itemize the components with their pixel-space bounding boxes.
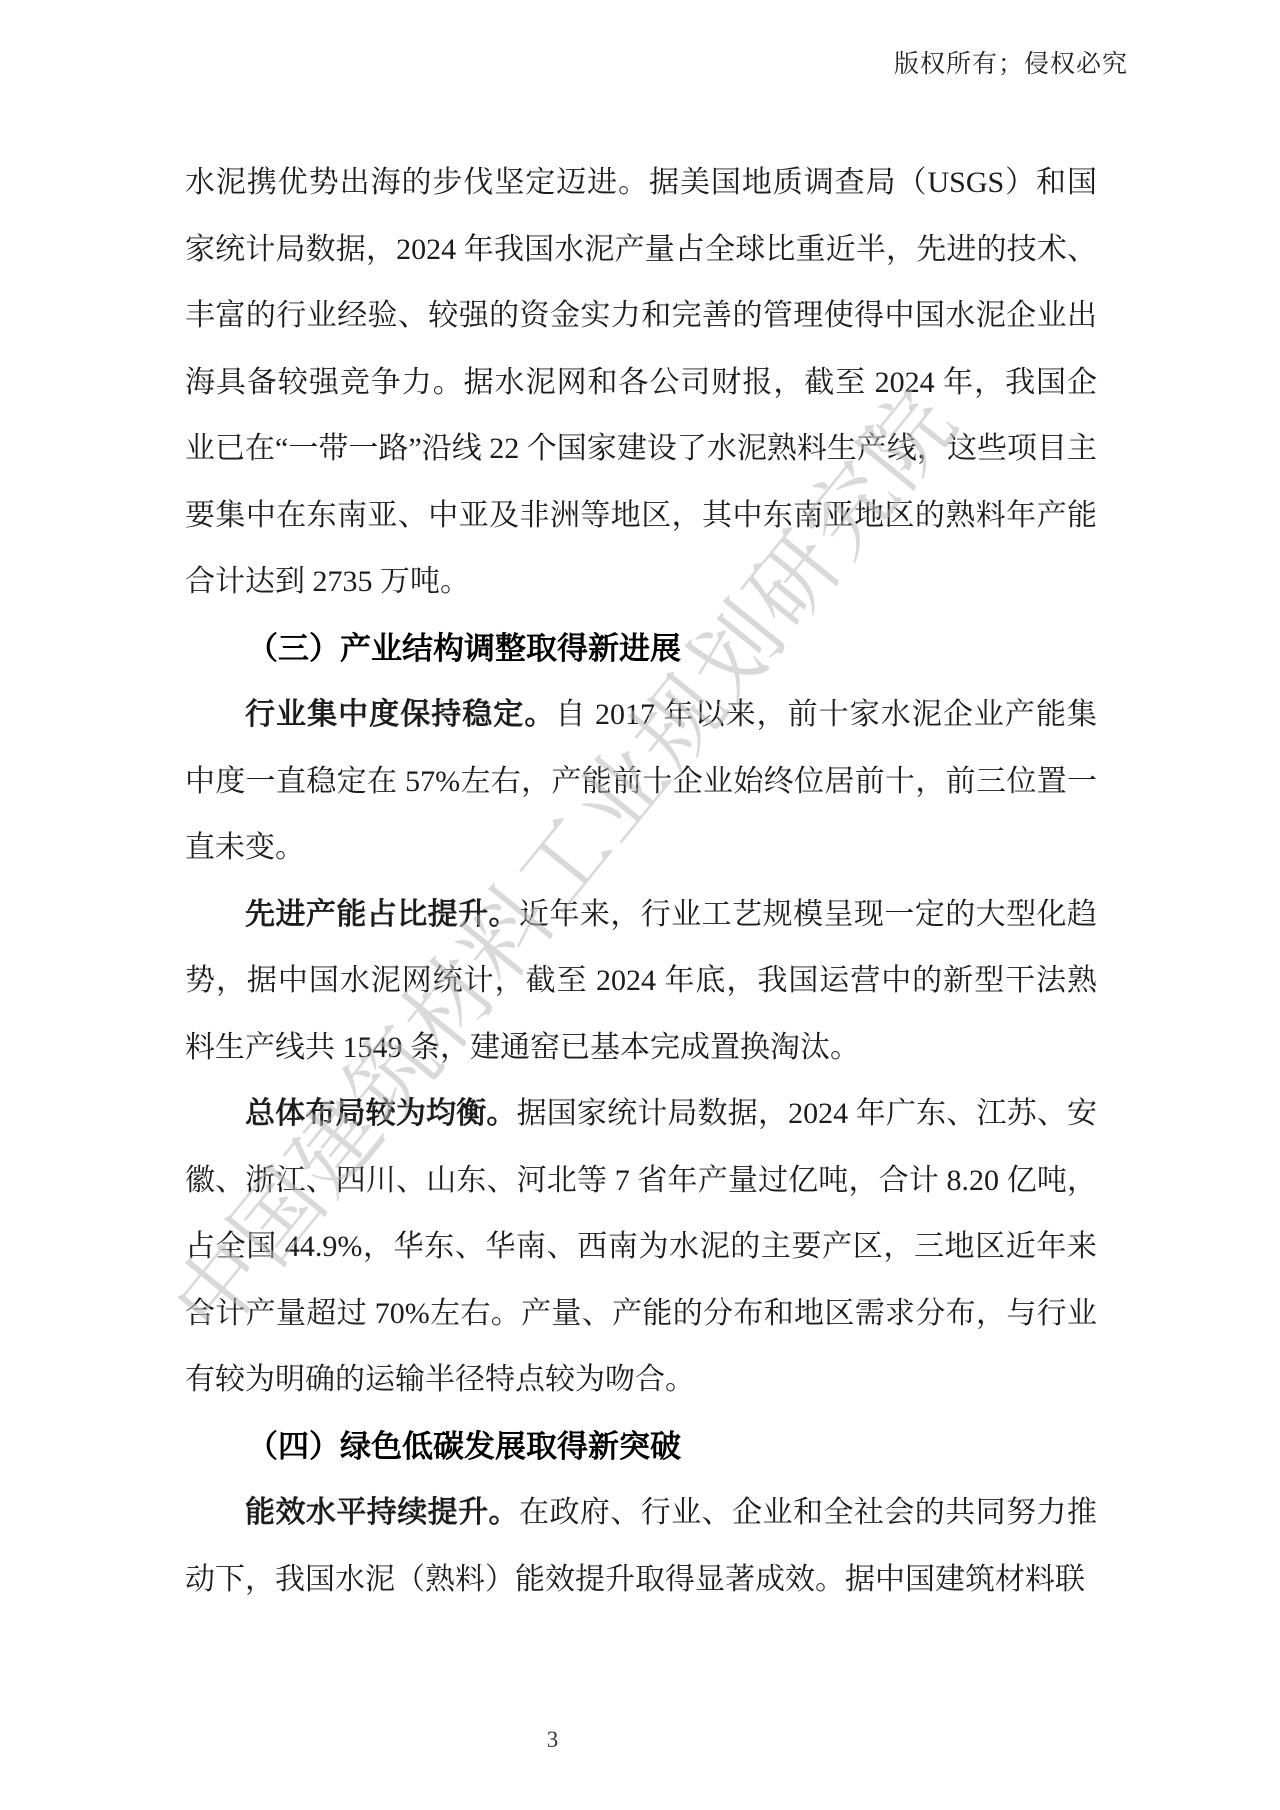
paragraph-lead: 能效水平持续提升。 (245, 1496, 519, 1529)
paragraph-overseas-expansion: 水泥携优势出海的步伐坚定迈进。据美国地质调查局（USGS）和国家统计局数据，20… (185, 150, 1097, 616)
paragraph-text: 据国家统计局数据，2024 年广东、江苏、安徽、浙江、四川、山东、河北等 7 省… (185, 1097, 1097, 1396)
copyright-notice: 版权所有；侵权必究 (894, 44, 1128, 80)
paragraph-industry-concentration: 行业集中度保持稳定。自 2017 年以来，前十家水泥企业产能集中度一直稳定在 5… (185, 682, 1097, 882)
heading-text: （四）绿色低碳发展取得新突破 (247, 1429, 681, 1464)
paragraph-energy-efficiency: 能效水平持续提升。在政府、行业、企业和全社会的共同努力推动下，我国水泥（熟料）能… (185, 1480, 1097, 1613)
heading-green-low-carbon: （四）绿色低碳发展取得新突破 (185, 1414, 1097, 1481)
content-area: 水泥携优势出海的步伐坚定迈进。据美国地质调查局（USGS）和国家统计局数据，20… (185, 150, 1097, 1613)
paragraph-lead: 总体布局较为均衡。 (245, 1097, 517, 1130)
paragraph-advanced-capacity: 先进产能占比提升。近年来，行业工艺规模呈现一定的大型化趋势，据中国水泥网统计，截… (185, 882, 1097, 1082)
heading-text: （三）产业结构调整取得新进展 (247, 631, 681, 666)
paragraph-lead: 行业集中度保持稳定。 (245, 698, 555, 731)
document-page: 版权所有；侵权必究 水泥携优势出海的步伐坚定迈进。据美国地质调查局（USGS）和… (0, 0, 1280, 1810)
heading-industry-structure: （三）产业结构调整取得新进展 (185, 616, 1097, 683)
page-number: 3 (0, 1727, 1105, 1753)
paragraph-text: 水泥携优势出海的步伐坚定迈进。据美国地质调查局（USGS）和国家统计局数据，20… (185, 166, 1097, 598)
paragraph-lead: 先进产能占比提升。 (245, 898, 519, 931)
paragraph-regional-layout: 总体布局较为均衡。据国家统计局数据，2024 年广东、江苏、安徽、浙江、四川、山… (185, 1081, 1097, 1414)
